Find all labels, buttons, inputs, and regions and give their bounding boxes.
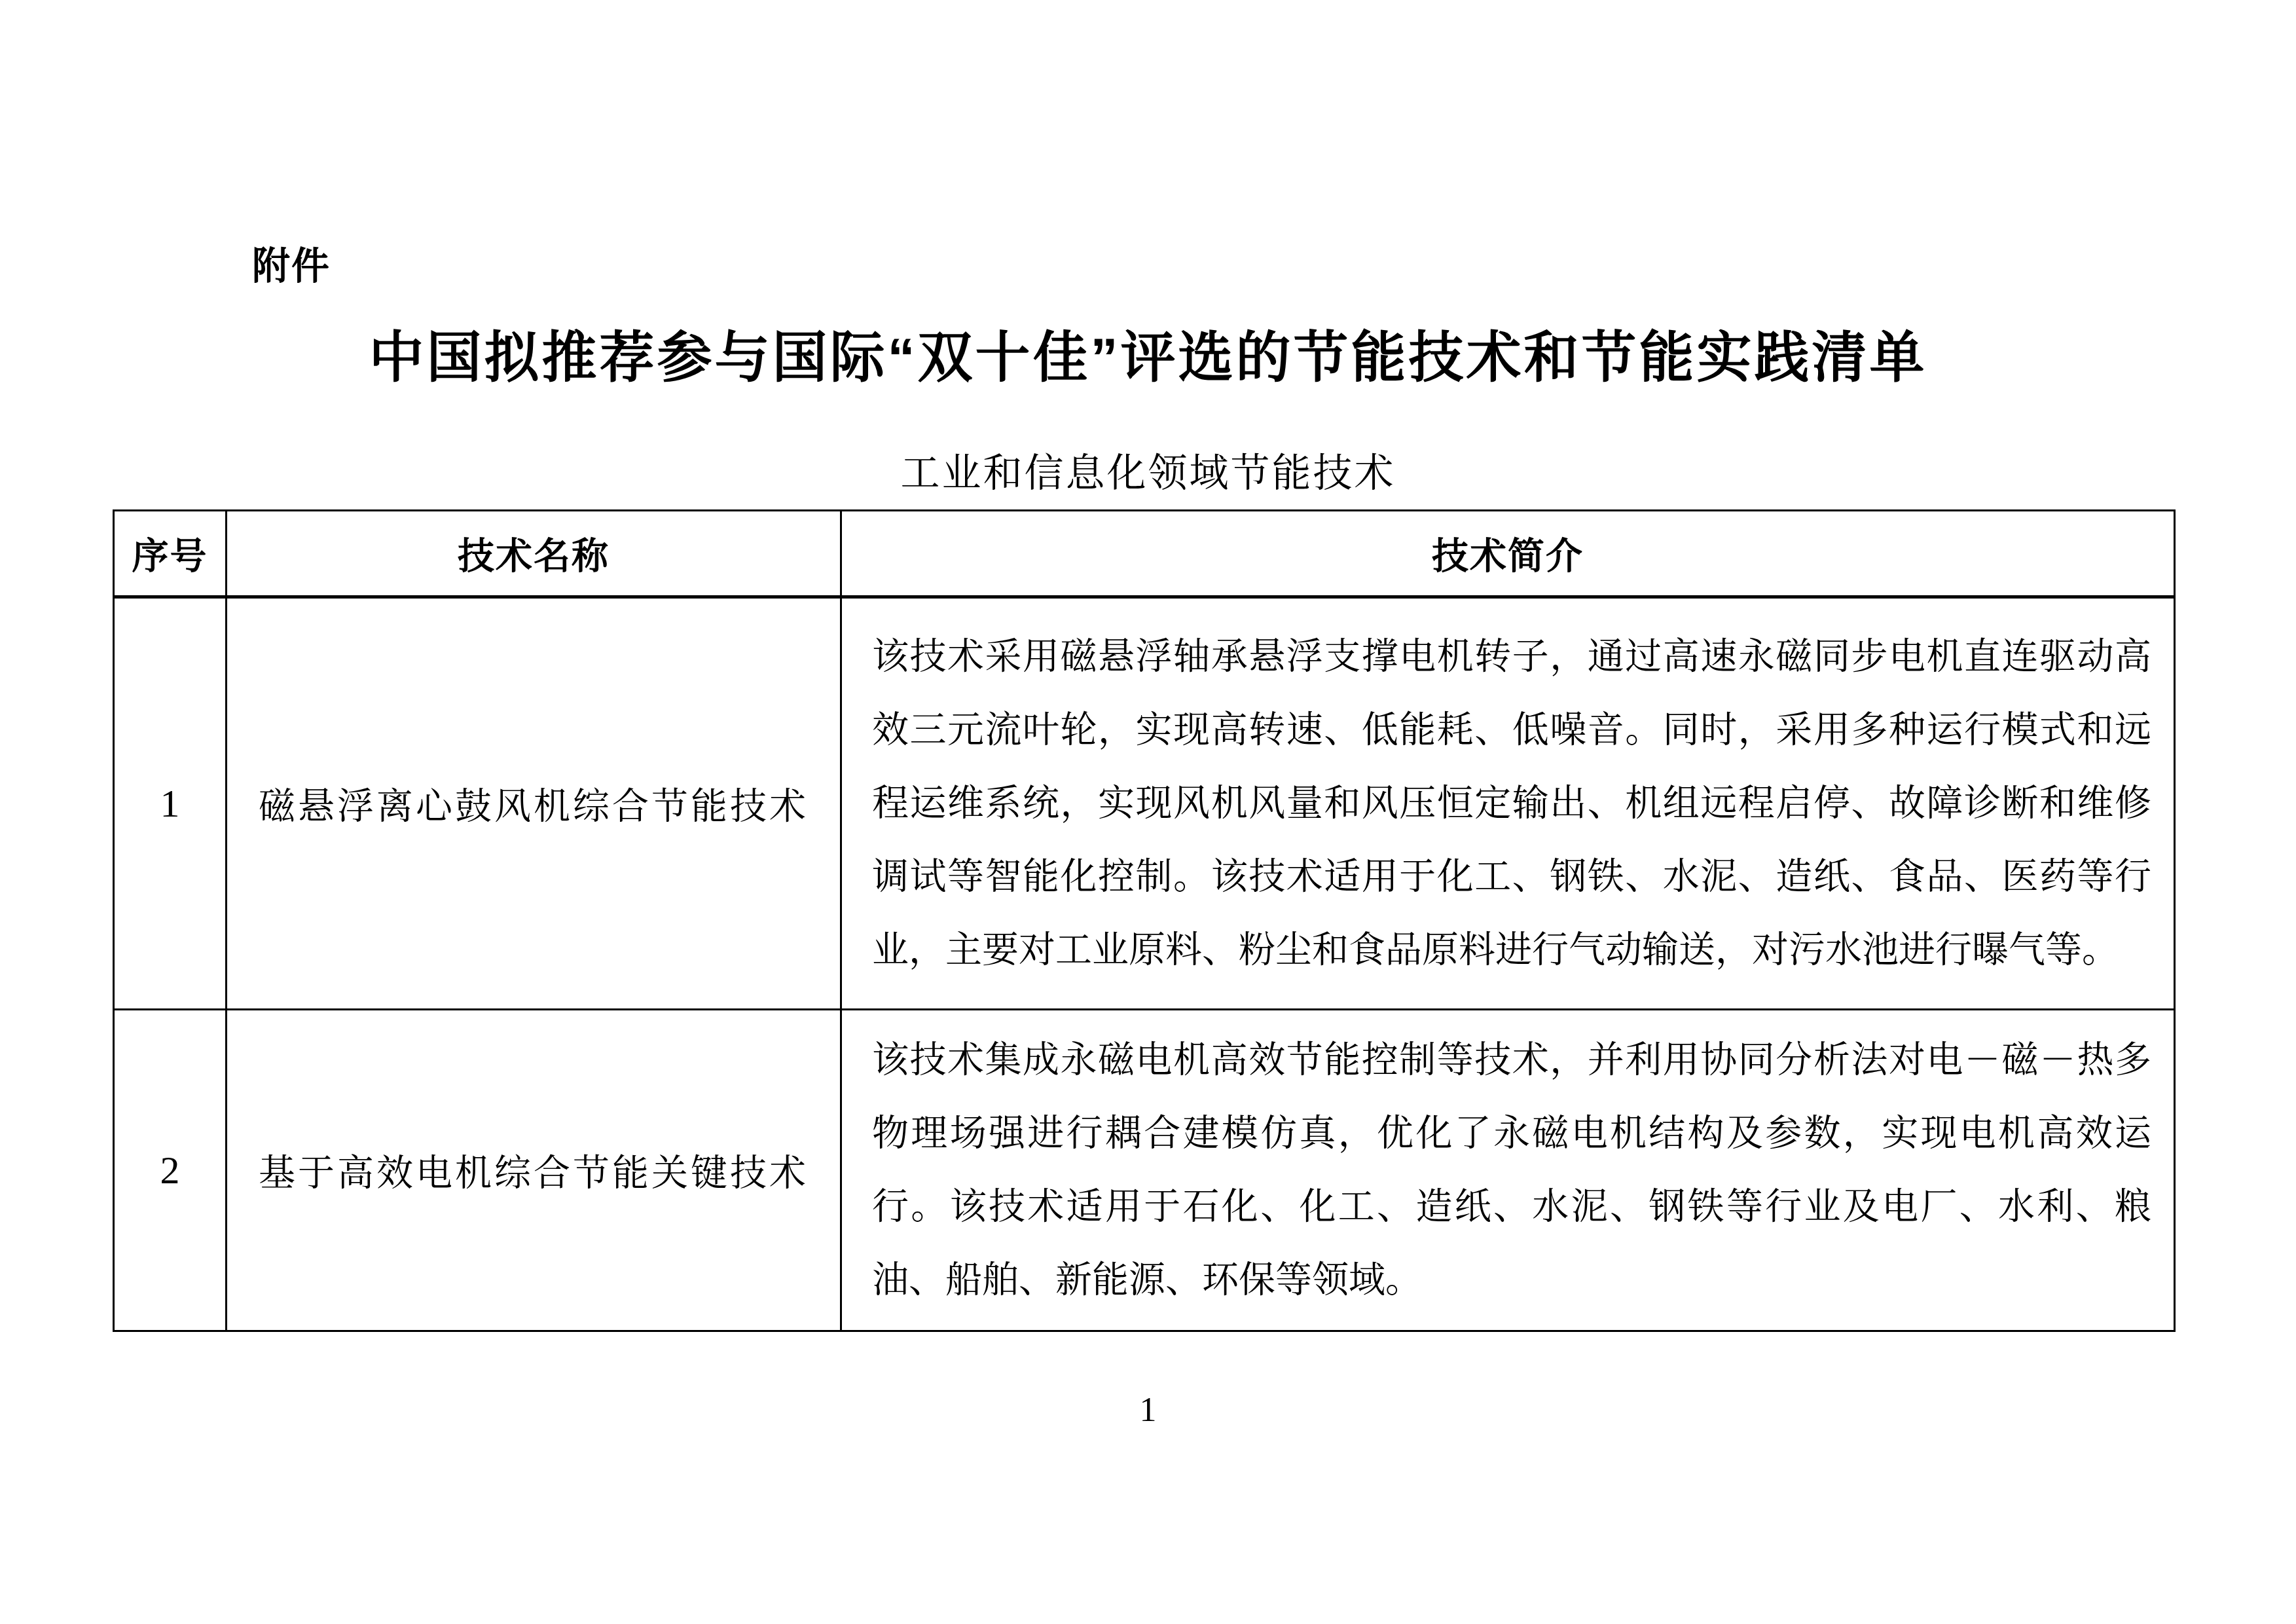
header-cell-index: 序号 <box>114 511 227 597</box>
row-index: 2 <box>114 1010 227 1331</box>
technology-name: 基于高效电机综合节能关键技术 <box>227 1010 841 1331</box>
table-caption: 工业和信息化领域节能技术 <box>0 452 2296 495</box>
header-cell-description: 技术简介 <box>841 511 2175 597</box>
page-title: 中国拟推荐参与国际“双十佳”评选的节能技术和节能实践清单 <box>0 325 2296 391</box>
table-row: 2 基于高效电机综合节能关键技术 该技术集成永磁电机高效节能控制等技术，并利用协… <box>114 1010 2175 1331</box>
technology-description: 该技术采用磁悬浮轴承悬浮支撑电机转子，通过高速永磁同步电机直连驱动高效三元流叶轮… <box>841 597 2175 1010</box>
table-header-row: 序号 技术名称 技术简介 <box>114 511 2175 597</box>
row-index: 1 <box>114 597 227 1010</box>
technology-name: 磁悬浮离心鼓风机综合节能技术 <box>227 597 841 1010</box>
header-cell-name: 技术名称 <box>227 511 841 597</box>
document-page: 附件 中国拟推荐参与国际“双十佳”评选的节能技术和节能实践清单 工业和信息化领域… <box>0 0 2296 1624</box>
table-row: 1 磁悬浮离心鼓风机综合节能技术 该技术采用磁悬浮轴承悬浮支撑电机转子，通过高速… <box>114 597 2175 1010</box>
technology-table: 序号 技术名称 技术简介 1 磁悬浮离心鼓风机综合节能技术 该技术采用磁悬浮轴承… <box>113 509 2176 1332</box>
page-number: 1 <box>0 1393 2296 1428</box>
attachment-label: 附件 <box>252 248 331 286</box>
technology-description: 该技术集成永磁电机高效节能控制等技术，并利用协同分析法对电－磁－热多物理场强进行… <box>841 1010 2175 1331</box>
